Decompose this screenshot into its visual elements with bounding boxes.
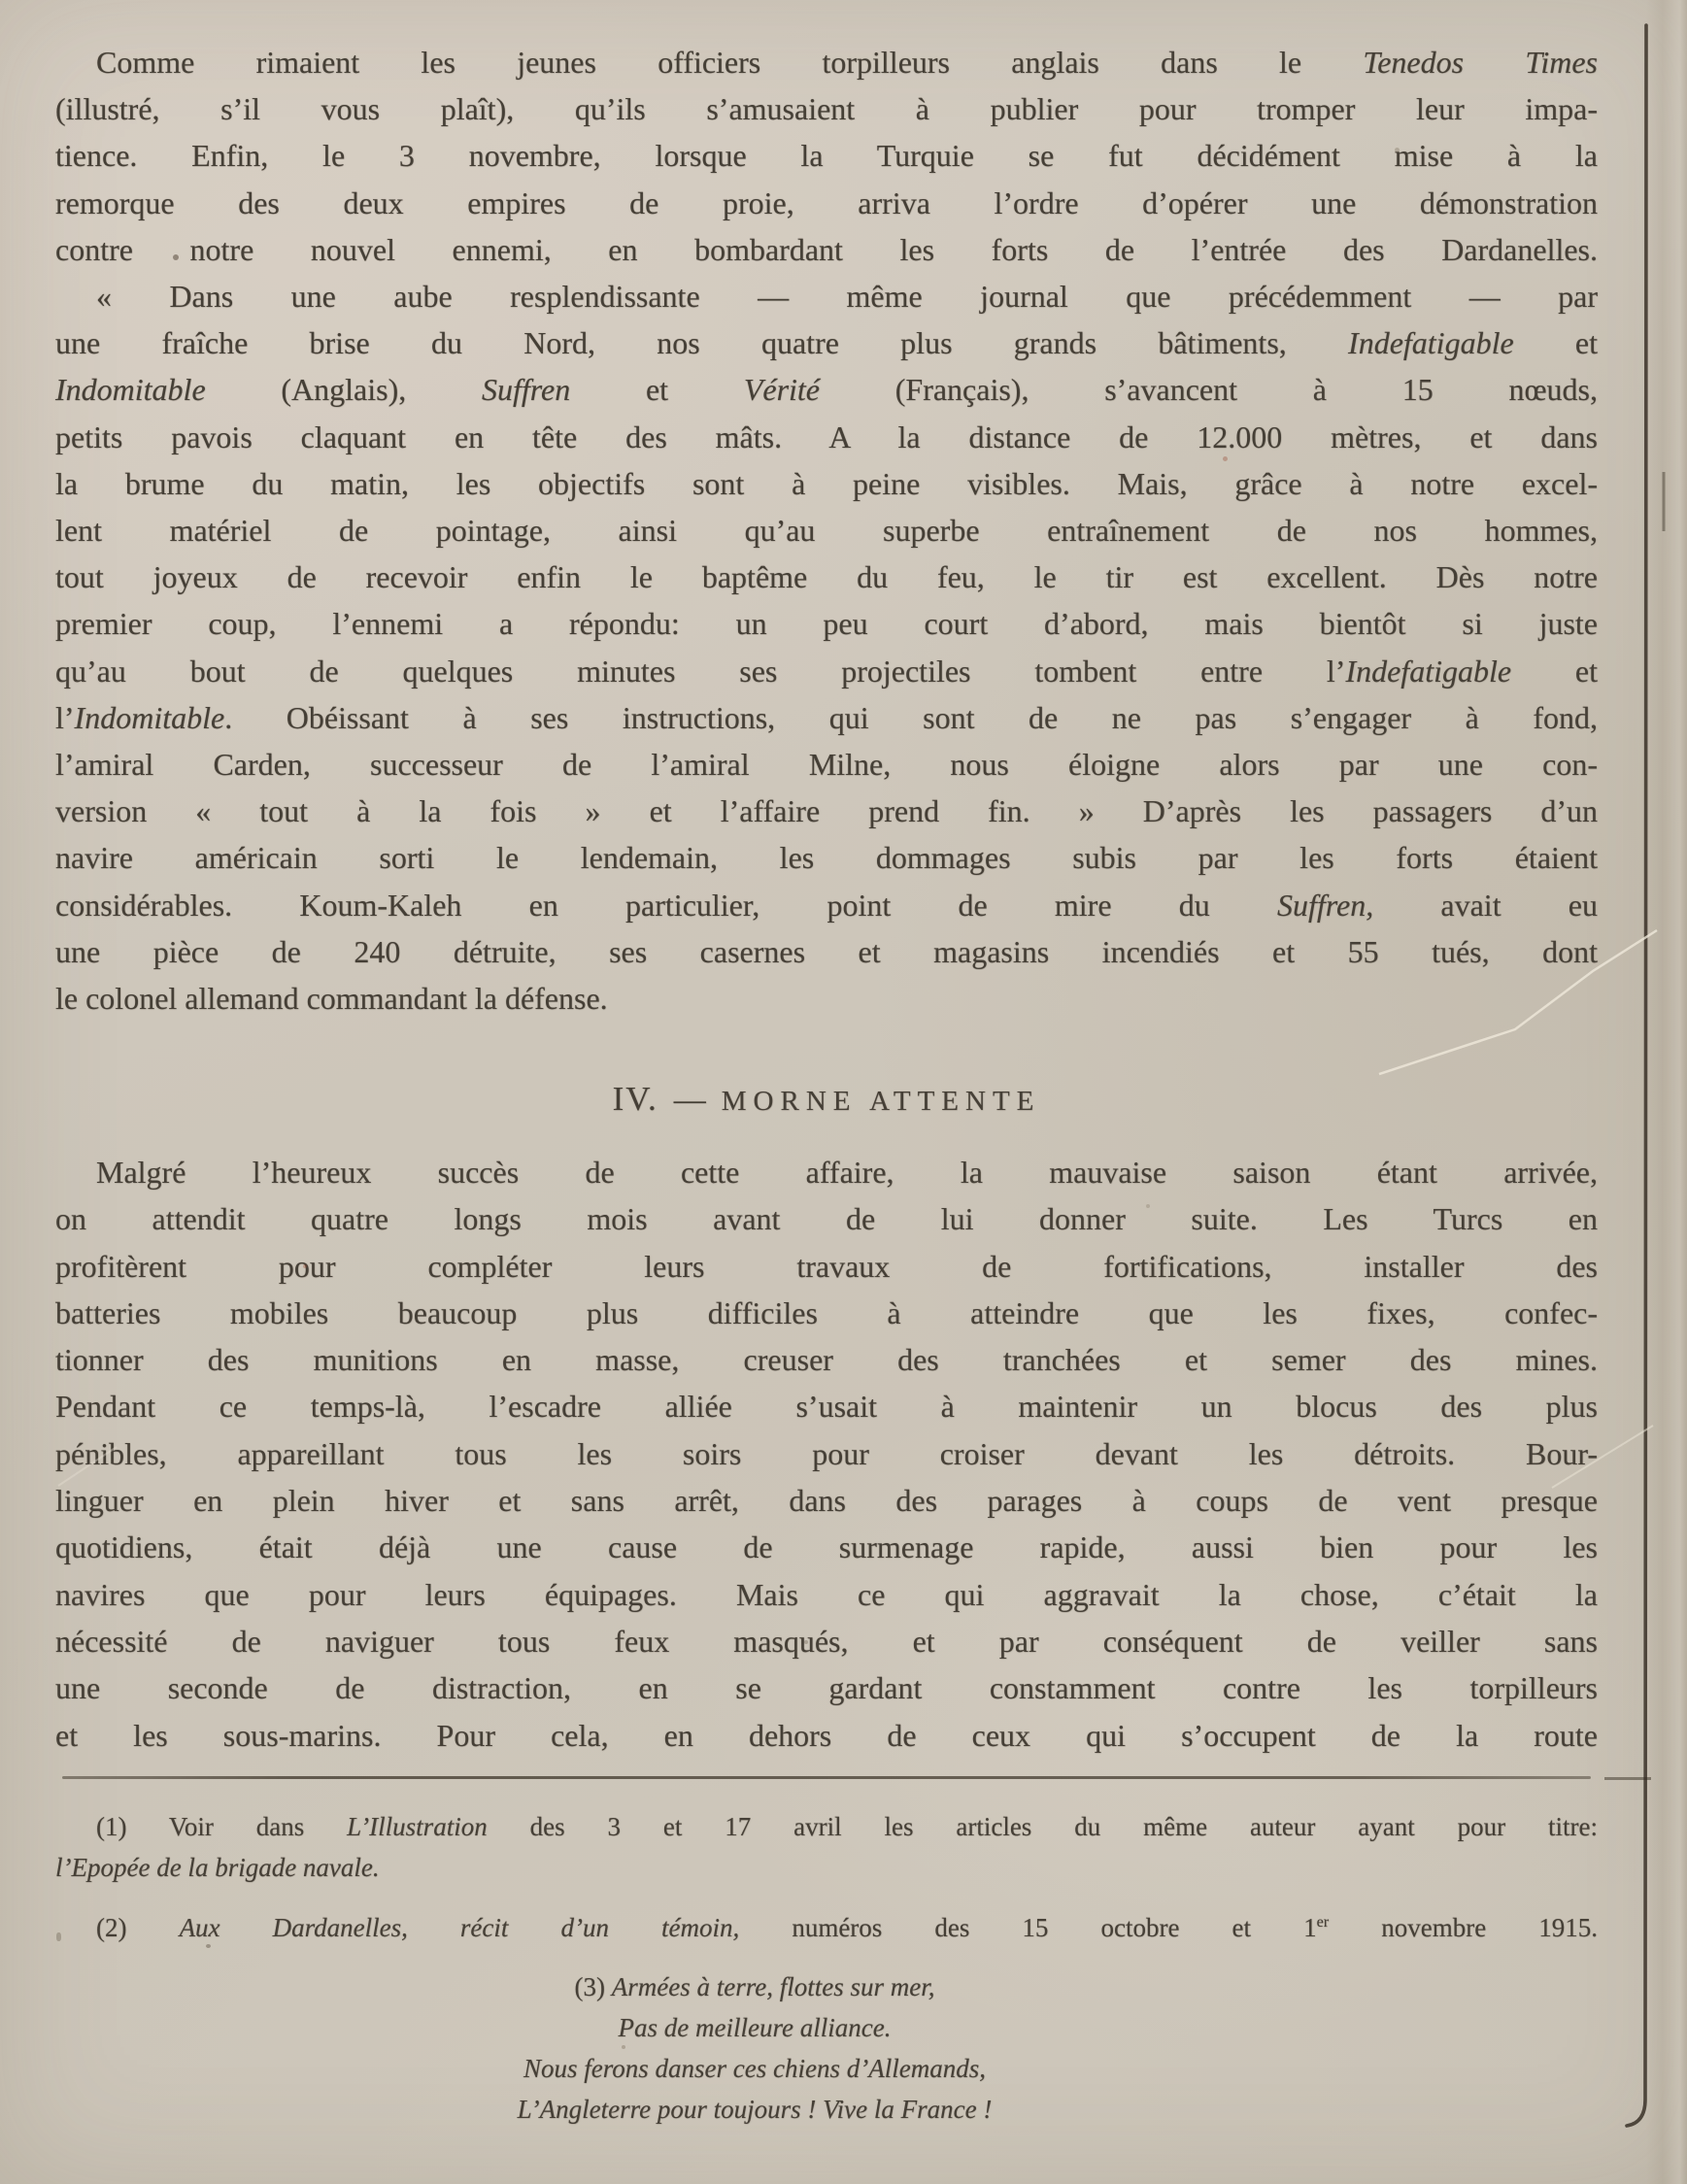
section-numeral: IV. [613, 1080, 658, 1118]
text-line: Malgré l’heureux succès de cette affaire… [55, 1149, 1598, 1195]
section-dash: — [674, 1083, 706, 1118]
text-segment: navire américain sorti le lendemain, les… [55, 840, 1598, 875]
text-segment: (2) [96, 1913, 180, 1942]
text-segment: novembre 1915. [1329, 1913, 1598, 1942]
text-line: version « tout à la fois » et l’affaire … [55, 788, 1598, 834]
text-line: Nous ferons danser ces chiens d’Allemand… [55, 2048, 1454, 2089]
text-line: l’amiral Carden, successeur de l’amiral … [55, 741, 1598, 788]
text-line: linguer en plein hiver et sans arrêt, da… [55, 1477, 1598, 1524]
text-line: une fraîche brise du Nord, nos quatre pl… [55, 319, 1598, 366]
text-line: pénibles, appareillant tous les soirs po… [55, 1430, 1598, 1477]
italic-text-segment: Indefatigable [1345, 654, 1511, 689]
text-line: le colonel allemand commandant la défens… [55, 975, 1598, 1022]
scanned-book-page: Comme rimaient les jeunes officiers torp… [0, 0, 1687, 2184]
paper-speck [56, 1932, 61, 1941]
text-segment: remorque des deux empires de proie, arri… [55, 185, 1598, 220]
paper-speck [206, 1944, 211, 1948]
footnote-divider-rule-fragment [1604, 1777, 1651, 1780]
page-edge-shadow [1646, 0, 1687, 2184]
page-edge-line [1627, 25, 1646, 2126]
text-line: qu’au bout de quelques minutes ses proje… [55, 648, 1598, 694]
italic-text-segment: Suffren, [1277, 888, 1373, 923]
paper-speck [622, 2045, 625, 2049]
text-segment: numéros des 15 octobre et 1 [739, 1913, 1316, 1942]
italic-text-segment: Indomitable [55, 372, 206, 407]
text-line: navire américain sorti le lendemain, les… [55, 834, 1598, 881]
section-title: MORNE ATTENTE [722, 1086, 1041, 1117]
text-line: lent matériel de pointage, ainsi qu’au s… [55, 507, 1598, 554]
text-line: Pas de meilleure alliance. [55, 2007, 1454, 2048]
text-segment: petits pavois claquant en tête des mâts.… [55, 420, 1598, 454]
text-segment: le colonel allemand commandant la défens… [55, 981, 608, 1016]
text-line: une seconde de distraction, en se gardan… [55, 1664, 1598, 1711]
text-line: navires que pour leurs équipages. Mais c… [55, 1571, 1598, 1618]
text-line: nécessité de naviguer tous feux masqués,… [55, 1618, 1598, 1664]
text-segment: une fraîche brise du Nord, nos quatre pl… [55, 325, 1348, 360]
text-segment: (1) Voir dans [96, 1812, 347, 1841]
text-segment: et [570, 372, 744, 407]
text-segment: version « tout à la fois » et l’affaire … [55, 793, 1598, 828]
text-segment: et [1511, 654, 1598, 689]
text-segment: et les sous-marins. Pour cela, en dehors… [55, 1718, 1598, 1753]
footnote-2: (2) Aux Dardanelles, récit d’un témoin, … [55, 1907, 1598, 1948]
footnote-3-verse: (3) Armées à terre, flottes sur mer,Pas … [55, 1966, 1454, 2130]
text-line: une pièce de 240 détruite, ses casernes … [55, 928, 1598, 975]
text-line: Comme rimaient les jeunes officiers torp… [55, 39, 1598, 85]
text-segment: profitèrent pour compléter leurs travaux… [55, 1249, 1598, 1284]
text-segment: la brume du matin, les objectifs sont à … [55, 466, 1598, 501]
text-segment: tience. Enfin, le 3 novembre, lorsque la… [55, 138, 1598, 173]
italic-text-segment: L’Angleterre pour toujours ! Vive la Fra… [518, 2095, 993, 2124]
text-segment: premier coup, l’ennemi a répondu: un peu… [55, 606, 1598, 641]
text-segment: lent matériel de pointage, ainsi qu’au s… [55, 513, 1598, 548]
text-segment: qu’au bout de quelques minutes ses proje… [55, 654, 1345, 689]
italic-text-segment: Tenedos Times [1363, 45, 1598, 80]
text-line: tout joyeux de recevoir enfin le baptême… [55, 554, 1598, 600]
text-line: premier coup, l’ennemi a répondu: un peu… [55, 600, 1598, 647]
text-segment: nécessité de naviguer tous feux masqués,… [55, 1624, 1598, 1659]
text-segment: « Dans une aube resplendissante — même j… [96, 279, 1598, 314]
text-line: l’Epopée de la brigade navale. [55, 1847, 1598, 1888]
italic-text-segment: Suffren [482, 372, 570, 407]
paper-speck [1395, 148, 1400, 152]
text-segment: contre notre nouvel ennemi, en bombardan… [55, 232, 1598, 267]
text-line: considérables. Koum-Kaleh en particulier… [55, 882, 1598, 928]
italic-text-segment: Armées à terre, flottes sur mer, [612, 1972, 935, 2001]
text-line: (3) Armées à terre, flottes sur mer, [55, 1966, 1454, 2007]
italic-text-segment: Indefatigable [1348, 325, 1514, 360]
paper-speck [303, 1264, 307, 1268]
text-segment: on attendit quatre longs mois avant de l… [55, 1201, 1598, 1236]
text-segment: l’amiral Carden, successeur de l’amiral … [55, 747, 1598, 782]
text-segment: avait eu [1373, 888, 1598, 923]
text-line: batteries mobiles beaucoup plus difficil… [55, 1290, 1598, 1336]
section-heading: IV.—MORNE ATTENTE [55, 1078, 1598, 1127]
text-segment: (illustré, s’il vous plaît), qu’ils s’am… [55, 91, 1598, 126]
italic-text-segment: Indomitable [75, 700, 225, 735]
text-segment: Malgré l’heureux succès de cette affaire… [96, 1155, 1598, 1190]
text-segment: Pendant ce temps-là, l’escadre alliée s’… [55, 1389, 1598, 1424]
text-segment: des 3 et 17 avril les articles du même a… [488, 1812, 1598, 1841]
body-paragraphs-top: Comme rimaient les jeunes officiers torp… [55, 39, 1598, 1022]
text-line: profitèrent pour compléter leurs travaux… [55, 1243, 1598, 1290]
text-line: L’Angleterre pour toujours ! Vive la Fra… [55, 2089, 1454, 2130]
text-line: l’Indomitable. Obéissant à ses instructi… [55, 694, 1598, 741]
text-line: (illustré, s’il vous plaît), qu’ils s’am… [55, 85, 1598, 132]
italic-text-segment: Nous ferons danser ces chiens d’Allemand… [523, 2054, 986, 2083]
text-line: (1) Voir dans L’Illustration des 3 et 17… [55, 1806, 1598, 1847]
text-line: Indomitable (Anglais), Suffren et Vérité… [55, 366, 1598, 413]
text-line: et les sous-marins. Pour cela, en dehors… [55, 1712, 1598, 1759]
text-segment: Comme rimaient les jeunes officiers torp… [96, 45, 1363, 80]
text-segment: (3) [575, 1972, 612, 2001]
text-line: tience. Enfin, le 3 novembre, lorsque la… [55, 132, 1598, 179]
text-line: la brume du matin, les objectifs sont à … [55, 460, 1598, 507]
text-line: Pendant ce temps-là, l’escadre alliée s’… [55, 1383, 1598, 1429]
text-segment: considérables. Koum-Kaleh en particulier… [55, 888, 1277, 923]
italic-text-segment: Vérité [744, 372, 820, 407]
paper-speck [1146, 1204, 1150, 1208]
superscript-text: er [1317, 1913, 1330, 1931]
text-segment: (Anglais), [206, 372, 482, 407]
text-line: (2) Aux Dardanelles, récit d’un témoin, … [55, 1907, 1598, 1948]
text-segment: (Français), s’avancent à 15 nœuds, [820, 372, 1598, 407]
italic-text-segment: L’Illustration [347, 1812, 488, 1841]
text-segment: batteries mobiles beaucoup plus difficil… [55, 1295, 1598, 1330]
italic-text-segment: Pas de meilleure alliance. [619, 2013, 892, 2042]
text-line: on attendit quatre longs mois avant de l… [55, 1195, 1598, 1242]
text-segment: tout joyeux de recevoir enfin le baptême… [55, 559, 1598, 594]
body-paragraphs-morne-attente: Malgré l’heureux succès de cette affaire… [55, 1149, 1598, 1759]
text-line: tionner des munitions en masse, creuser … [55, 1336, 1598, 1383]
text-segment: navires que pour leurs équipages. Mais c… [55, 1577, 1598, 1612]
text-segment: linguer en plein hiver et sans arrêt, da… [55, 1483, 1598, 1518]
text-line: contre notre nouvel ennemi, en bombardan… [55, 226, 1598, 273]
text-line: « Dans une aube resplendissante — même j… [55, 273, 1598, 319]
text-segment: une seconde de distraction, en se gardan… [55, 1670, 1598, 1705]
text-segment: quotidiens, était déjà une cause de surm… [55, 1529, 1598, 1564]
paper-speck [173, 254, 179, 260]
text-line: petits pavois claquant en tête des mâts.… [55, 414, 1598, 460]
paper-speck [804, 1640, 808, 1644]
text-line: remorque des deux empires de proie, arri… [55, 180, 1598, 226]
paper-speck [1223, 456, 1228, 461]
text-line: quotidiens, était déjà une cause de surm… [55, 1524, 1598, 1570]
text-segment: pénibles, appareillant tous les soirs po… [55, 1436, 1598, 1471]
footnote-divider-rule [62, 1776, 1591, 1779]
italic-text-segment: Aux Dardanelles, récit d’un témoin, [180, 1913, 740, 1942]
text-segment: une pièce de 240 détruite, ses casernes … [55, 934, 1598, 969]
footnote-1: (1) Voir dans L’Illustration des 3 et 17… [55, 1806, 1598, 1888]
text-segment: et [1514, 325, 1598, 360]
text-segment: l’ [55, 700, 75, 735]
text-segment: tionner des munitions en masse, creuser … [55, 1342, 1598, 1377]
text-segment: . Obéissant à ses instructions, qui sont… [224, 700, 1598, 735]
italic-text-segment: l’Epopée de la brigade navale. [55, 1853, 380, 1882]
